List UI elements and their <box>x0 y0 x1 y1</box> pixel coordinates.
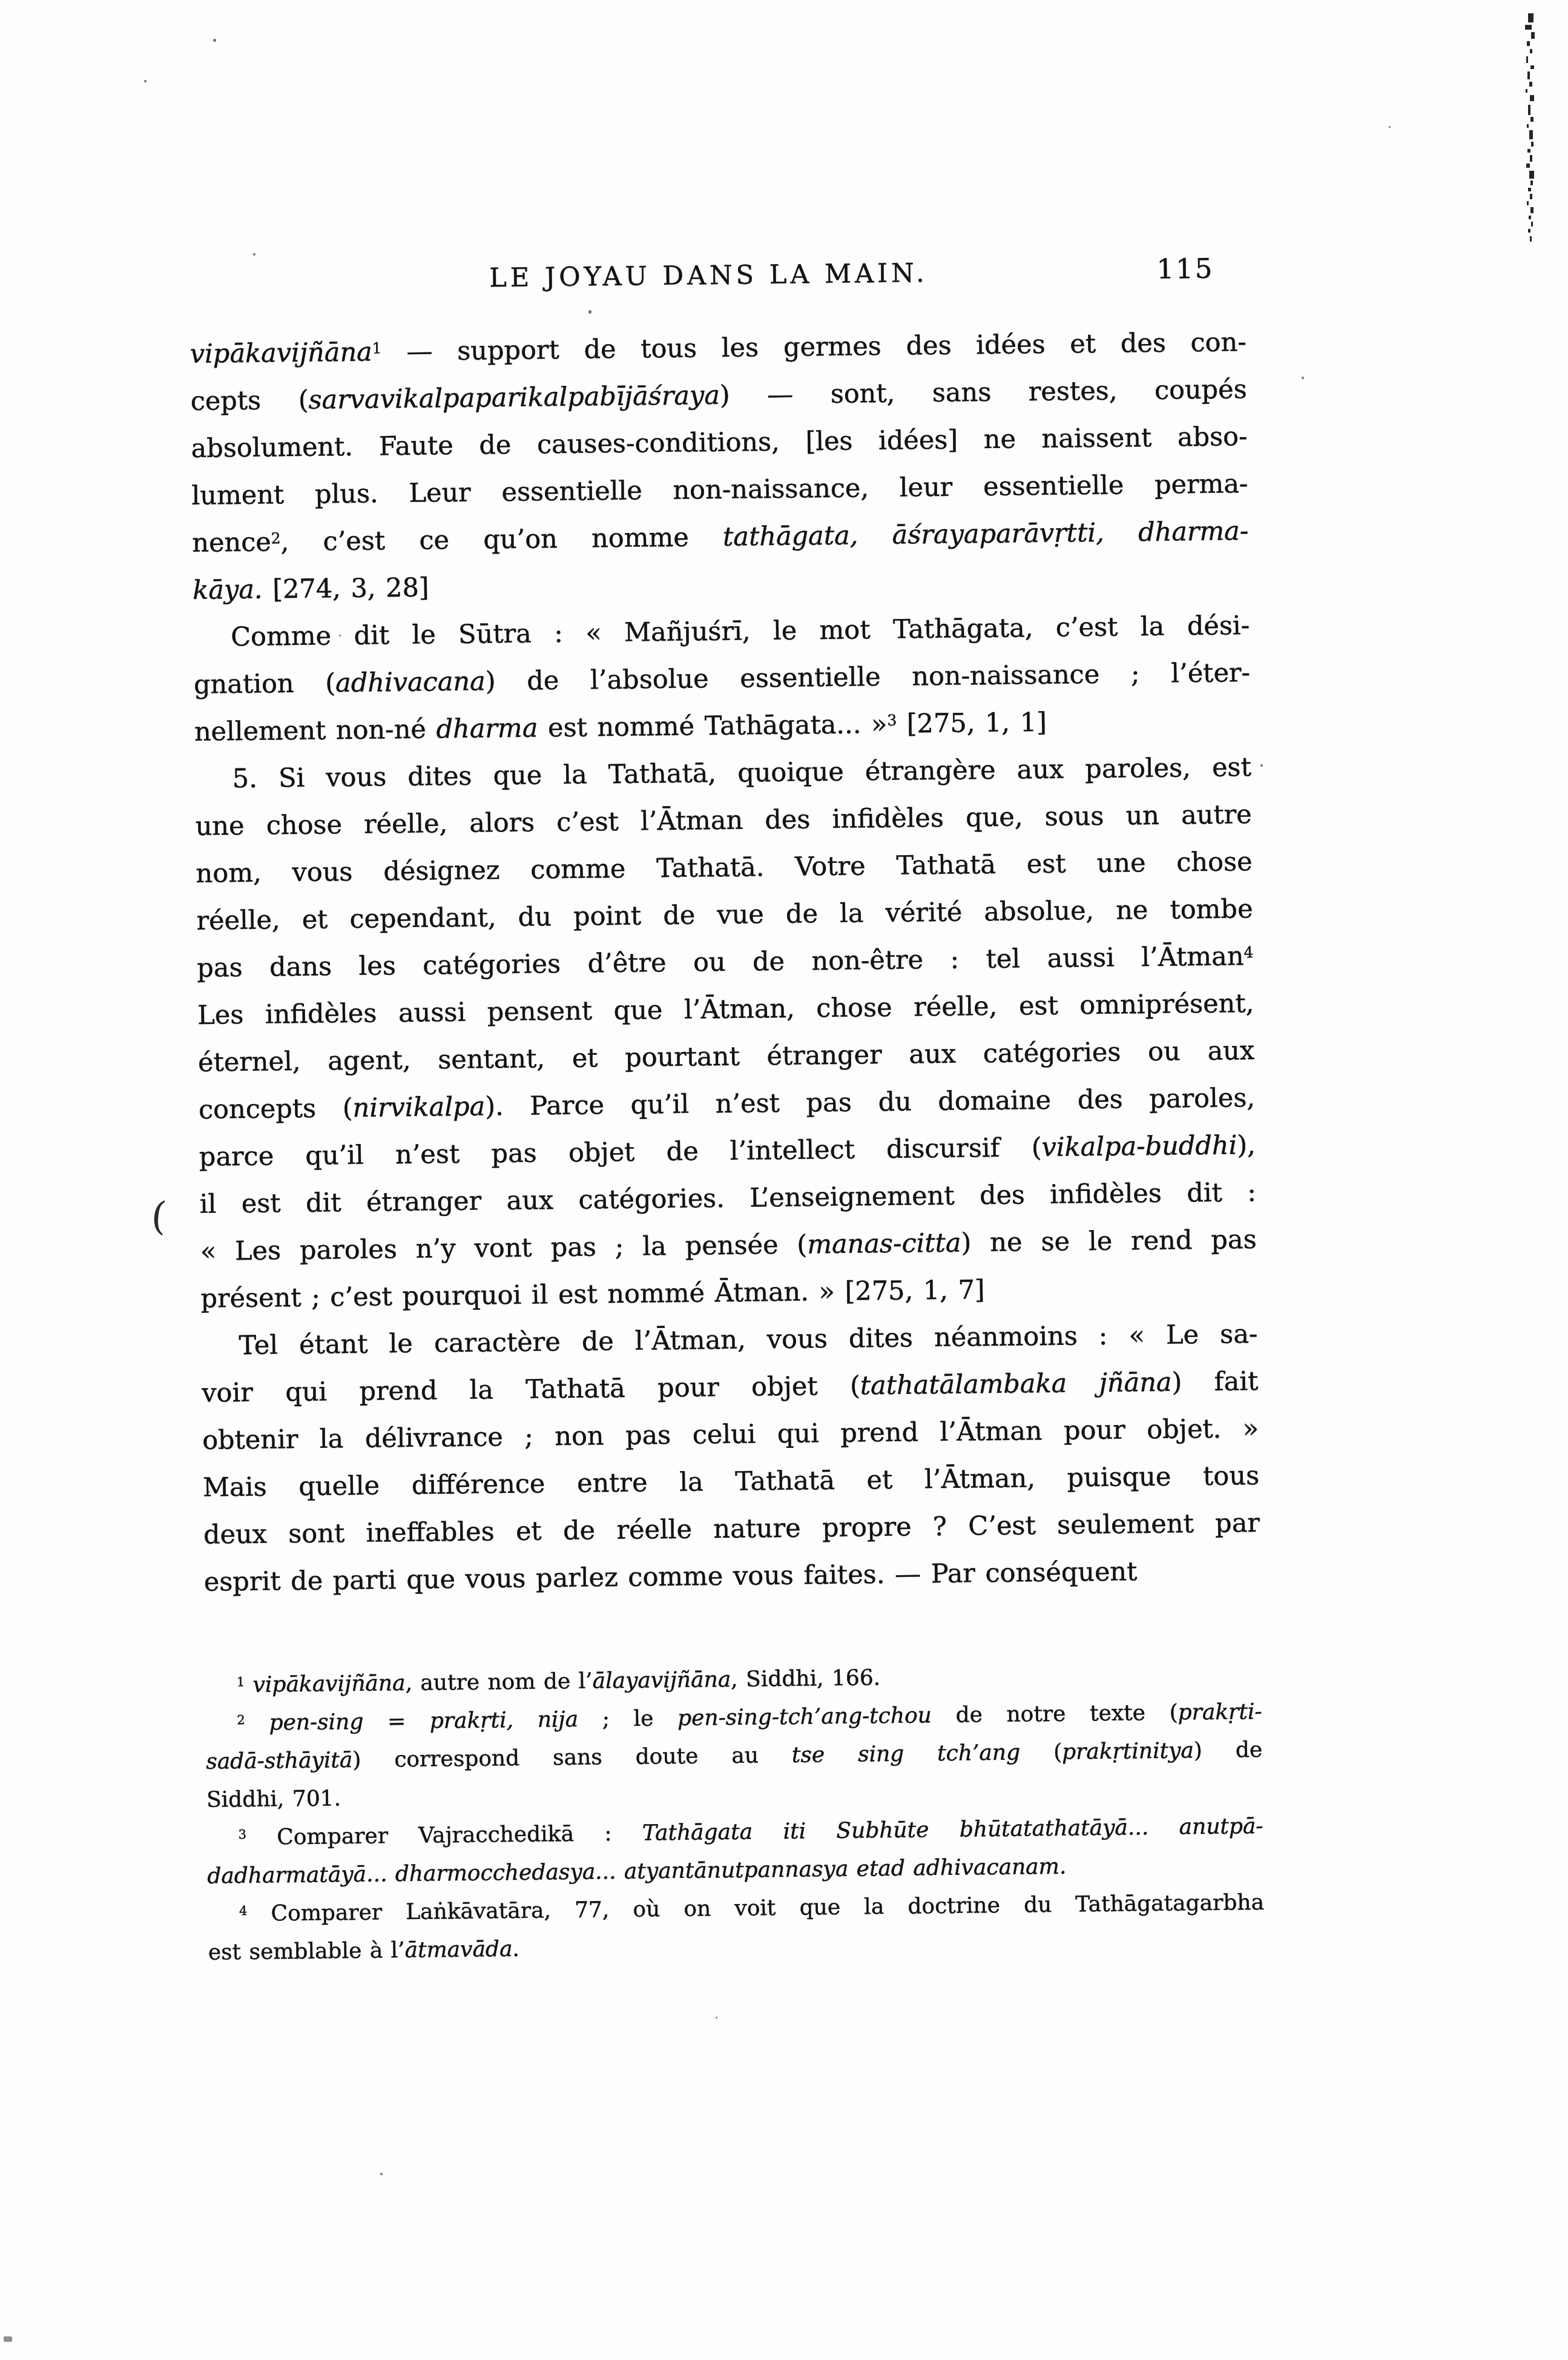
roman-text: ). Parce qu’il n’est pas du domaine des … <box>485 1083 1255 1122</box>
footnote: 4 Comparer Laṅkāvatāra, 77, où on voit q… <box>208 1883 1265 1972</box>
italic-text: sarvavikalpaparikalpabījāśraya <box>308 380 720 415</box>
footnote-marker: 4 <box>1244 944 1253 961</box>
roman-text: « Les paroles n’y vont pas ; la pensée ( <box>200 1229 807 1266</box>
roman-text: ), <box>1237 1130 1256 1160</box>
italic-text: tse sing tch’ang <box>792 1740 1021 1768</box>
roman-text: . <box>512 1937 519 1962</box>
roman-text: Comme dit le Sūtra : « Mañjuśrī, le mot … <box>231 610 1250 652</box>
italic-text: prakṛtinitya <box>1062 1738 1194 1764</box>
roman-text: ( <box>1020 1740 1062 1765</box>
italic-text: vikalpa-buddhi <box>1041 1130 1237 1163</box>
footnote: 2 pen-sing = prakṛti, nija ; le pen-sing… <box>205 1693 1263 1819</box>
roman-text: ) fait <box>1171 1366 1258 1398</box>
italic-text: tathāgata, āśrayaparāvṛtti, dharma- <box>723 516 1249 552</box>
roman-text: est nommé Tathāgata... » <box>538 709 888 744</box>
roman-text: Tel étant le caractère de l’Ātman, vous … <box>239 1319 1257 1361</box>
roman-text: obtenir la délivrance ; non pas celui qu… <box>202 1413 1259 1456</box>
italic-text: prakṛti- <box>1178 1699 1262 1725</box>
italic-text: nirvikalpa <box>352 1092 485 1123</box>
roman-text: Les infidèles aussi pensent que l’Ātman,… <box>197 988 1254 1031</box>
scanned-page: LE JOYAU DANS LA MAIN. 115 vipākavijñāna… <box>0 0 1568 2360</box>
roman-text: Siddhi, 701. <box>206 1786 341 1813</box>
roman-text: est semblable à l’ <box>208 1938 405 1965</box>
footnote-marker: 3 <box>239 1827 247 1842</box>
roman-text: ) de <box>1194 1737 1263 1763</box>
page-number: 115 <box>1156 253 1214 285</box>
roman-text: = <box>363 1709 430 1734</box>
roman-text: gnation ( <box>194 668 336 700</box>
roman-text: voir qui prend la Tathatā pour objet ( <box>202 1371 860 1409</box>
roman-text: absolument. Faute de causes-conditions, … <box>191 421 1247 464</box>
roman-text: ) de l’absolue essentielle non-naissance… <box>485 658 1250 696</box>
paragraph: Comme dit le Sūtra : « Mañjuśrī, le mot … <box>193 602 1251 756</box>
roman-text: éternel, agent, sentant, et pourtant étr… <box>198 1036 1254 1078</box>
body-paragraphs: vipākavijñāna1 — support de tous les ger… <box>189 319 1260 1606</box>
roman-text: [274, 3, 28] <box>262 573 429 605</box>
roman-text: une chose réelle, alors c’est l’Ātman de… <box>195 799 1251 842</box>
roman-text: — support de tous les germes des idées e… <box>381 327 1247 367</box>
italic-text: vipākavijñāna <box>190 337 372 369</box>
roman-text: ; le <box>578 1706 677 1732</box>
italic-text: kāya. <box>193 575 263 606</box>
italic-text: tathatālambaka jñāna <box>860 1367 1172 1401</box>
roman-text: pas dans les catégories d’être ou de non… <box>197 941 1244 983</box>
page-content: LE JOYAU DANS LA MAIN. 115 vipākavijñāna… <box>189 254 1265 1972</box>
roman-text: Comparer Vajracchedikā : <box>246 1821 642 1850</box>
paragraph: 5. Si vous dites que la Tathatā, quoique… <box>194 744 1257 1323</box>
roman-text: , Siddhi, 166. <box>731 1665 880 1692</box>
italic-text: vipākavijñāna <box>252 1671 405 1697</box>
roman-text: lument plus. Leur essentielle non-naissa… <box>191 469 1248 511</box>
footnote-marker: 1 <box>237 1674 245 1689</box>
paragraph: Tel étant le caractère de l’Ātman, vous … <box>201 1311 1260 1606</box>
margin-pen-mark: ( <box>150 1194 168 1240</box>
paragraph: vipākavijñāna1 — support de tous les ger… <box>189 319 1249 614</box>
italic-text: pen-sing-tch’ang-tchou <box>677 1703 932 1731</box>
roman-text: esprit de parti que vous parlez comme vo… <box>204 1556 1138 1597</box>
scan-artifact-streak <box>1517 13 1546 256</box>
italic-text: Tathāgata iti Subhūte bhūtatathatāyā... … <box>642 1814 1263 1846</box>
roman-text: il est dit étranger aux catégories. L’en… <box>200 1177 1256 1220</box>
footnote-marker: 2 <box>271 529 281 547</box>
roman-text: de notre texte ( <box>932 1701 1178 1728</box>
roman-text: parce qu’il n’est pas objet de l’intelle… <box>199 1132 1042 1172</box>
italic-text: ātmavāda <box>404 1937 512 1963</box>
italic-text: prakṛti, nija <box>430 1707 579 1734</box>
roman-text: ) — sont, sans restes, coupés <box>720 374 1247 411</box>
italic-text: ālayavijñāna <box>592 1667 731 1694</box>
italic-text: sadā-sthāyitā <box>206 1748 352 1774</box>
italic-text: manas-citta <box>807 1228 961 1260</box>
roman-text: nence <box>192 527 271 558</box>
roman-text <box>245 1673 253 1697</box>
italic-text: dharma <box>436 713 538 744</box>
roman-text: cepts ( <box>191 385 309 417</box>
roman-text: 5. Si vous dites que la Tathatā, quoique… <box>232 752 1251 794</box>
footnotes-section: 1 vipākavijñāna, autre nom de l’ālayavij… <box>205 1654 1265 1972</box>
roman-text: Mais quelle différence entre la Tathatā … <box>203 1461 1259 1503</box>
roman-text: réelle, et cependant, du point de vue de… <box>196 894 1253 936</box>
roman-text: présent ; c’est pourquoi il est nommé Āt… <box>200 1275 985 1314</box>
footnote: 3 Comparer Vajracchedikā : Tathāgata iti… <box>206 1807 1263 1896</box>
running-title: LE JOYAU DANS LA MAIN. <box>489 258 928 293</box>
roman-text: nellement non-né <box>194 714 436 747</box>
footnote-marker: 2 <box>237 1713 245 1727</box>
italic-text: pen-sing <box>269 1710 363 1736</box>
roman-text: Comparer Laṅkāvatāra, 77, où on voit que… <box>247 1890 1264 1926</box>
roman-text: nom, vous désignez comme Tathatā. Votre … <box>196 847 1252 889</box>
roman-text: ) ne se le rend pas <box>961 1225 1257 1258</box>
page-header: LE JOYAU DANS LA MAIN. 115 <box>189 254 1245 298</box>
roman-text: , c’est ce qu’on nomme <box>280 522 723 557</box>
roman-text: , autre nom de l’ <box>405 1669 593 1696</box>
italic-text: adhivacana <box>335 666 486 698</box>
footnote-marker: 4 <box>239 1903 248 1918</box>
italic-text: dadharmatāyā... dharmocchedasya... atyan… <box>207 1854 1066 1889</box>
roman-text: [275, 1, 1] <box>897 707 1047 739</box>
roman-text: ) correspond sans doute au <box>352 1743 792 1773</box>
footnote-marker: 3 <box>887 712 897 729</box>
roman-text: deux sont ineffables et de réelle nature… <box>203 1508 1260 1550</box>
roman-text: concepts ( <box>199 1093 353 1125</box>
roman-text <box>245 1711 269 1736</box>
footnote-marker: 1 <box>372 339 382 357</box>
